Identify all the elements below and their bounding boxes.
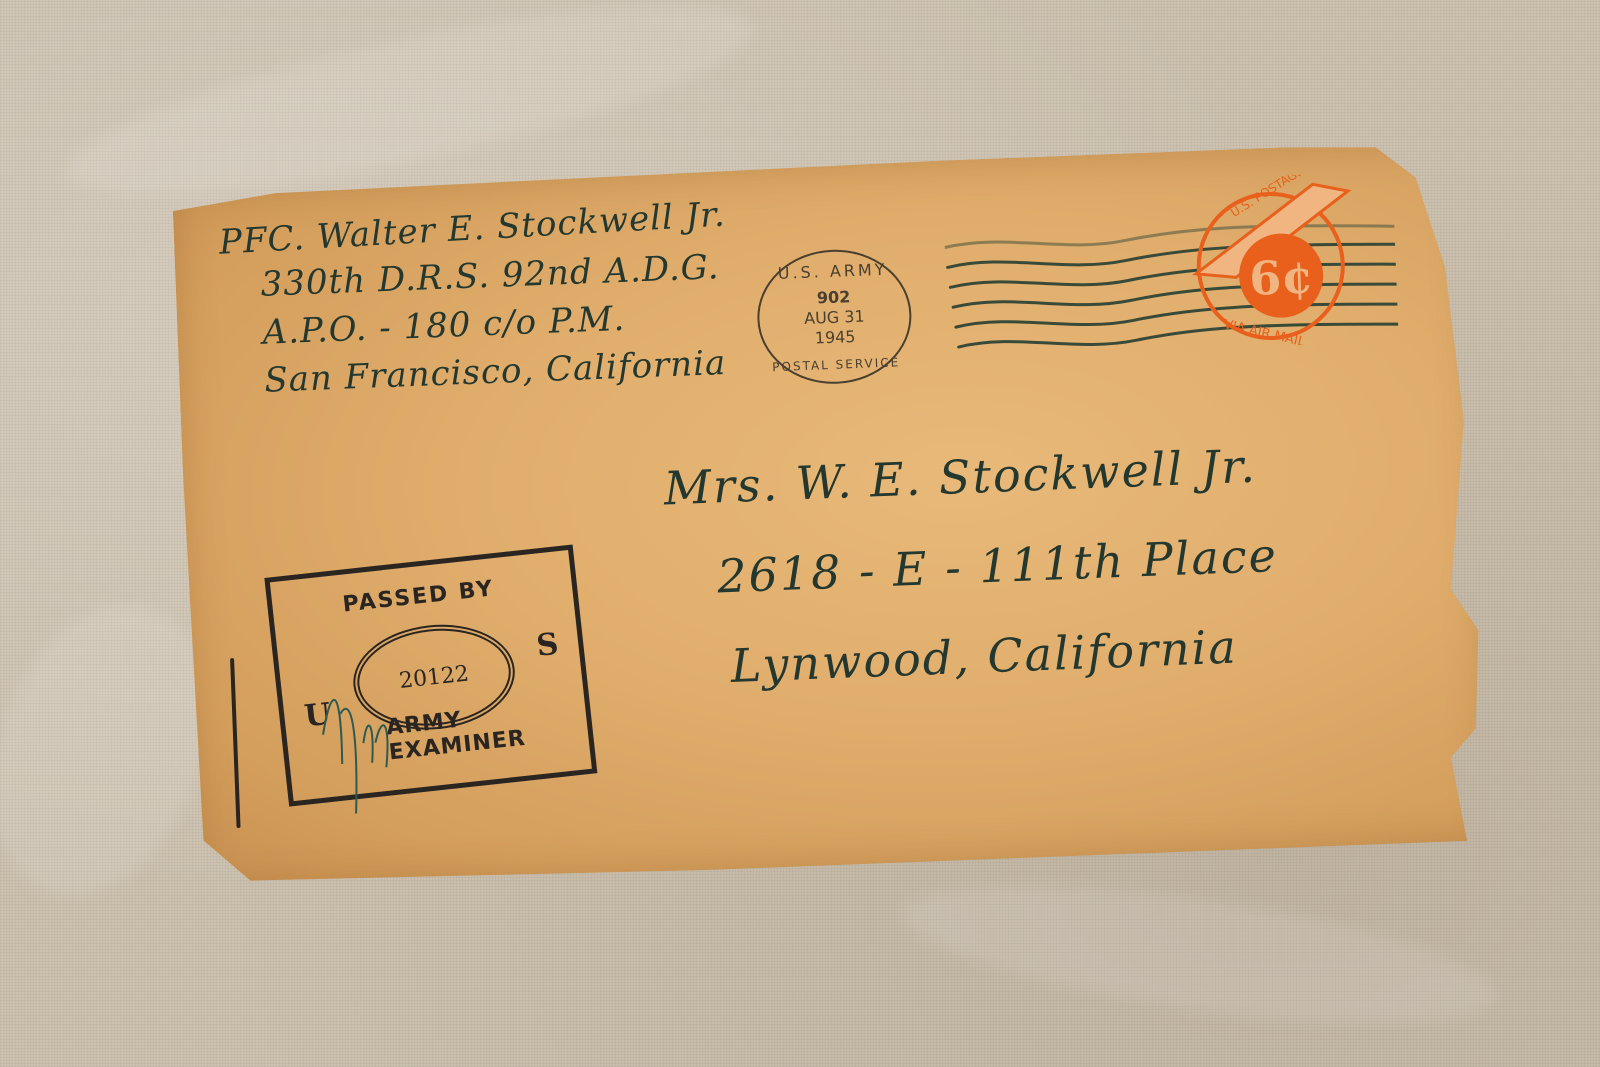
censor-top-text: PASSED BY xyxy=(341,576,495,617)
envelope: PFC. Walter E. Stockwell Jr. 330th D.R.S… xyxy=(172,140,1493,889)
cloth-fold xyxy=(895,859,1504,1051)
postmark-top-text: U.S. ARMY xyxy=(757,259,908,284)
censor-letter-s: S xyxy=(535,627,560,664)
ink-mark xyxy=(230,658,241,828)
postmark-bottom-text: POSTAL SERVICE xyxy=(761,355,911,375)
return-address-line-4: San Francisco, California xyxy=(264,343,727,401)
return-address-line-3: A.P.O. - 180 c/o P.M. xyxy=(262,299,626,353)
examiner-signature xyxy=(311,672,406,815)
stamp-value: 6¢ xyxy=(1248,249,1314,305)
army-postmark: U.S. ARMY 902 AUG 31 1945 POSTAL SERVICE xyxy=(755,247,914,387)
airmail-stamp-icon: 6¢ U.S. POSTAGE VIA AIR MAIL xyxy=(1172,172,1368,349)
stamp-bottom-text: VIA AIR MAIL xyxy=(1222,317,1307,349)
recipient-address-line-2: 2618 - E - 111th Place xyxy=(716,528,1278,603)
recipient-address-line-3: Lynwood, California xyxy=(730,620,1239,693)
censor-number: 20122 xyxy=(398,661,470,693)
recipient-address-line-1: Mrs. W. E. Stockwell Jr. xyxy=(663,439,1258,516)
